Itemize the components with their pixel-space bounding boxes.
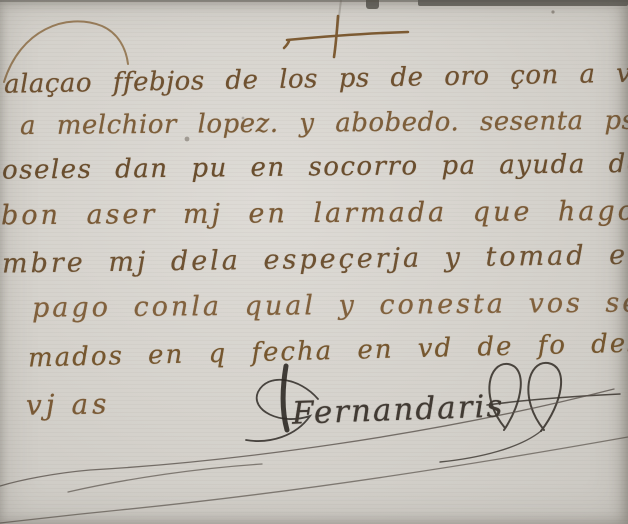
handwritten-line-7: mados en q fecha en vd de fo des [28,328,628,373]
handwritten-line-3: oseles dan pu en socorro pa ayuda de sr [2,148,628,185]
paper-crease-line [334,0,341,58]
handwritten-line-6: pago conla qual y conesta vos ser [32,287,628,323]
handwritten-line-2: a melchior lopez. y abobedo. sesenta ps … [20,105,628,141]
handwritten-line-4: bon aser mj en larmada que hago [1,196,628,231]
photo-top-dark-mark [366,0,379,9]
signature-name: Fernandaris [291,388,504,431]
handwritten-line-1: alaçao ffebjos de los ps de oro çon a vr… [4,58,628,99]
cross-mark [284,16,408,57]
handwritten-line-5: mbre mj dela espeçerja y tomad en [2,239,628,279]
photo-top-dark-strip [418,0,628,6]
manuscript-photo: alaçao ffebjos de los ps de oro çon a vr… [0,0,628,524]
handwritten-line-8: vj as [26,387,111,421]
